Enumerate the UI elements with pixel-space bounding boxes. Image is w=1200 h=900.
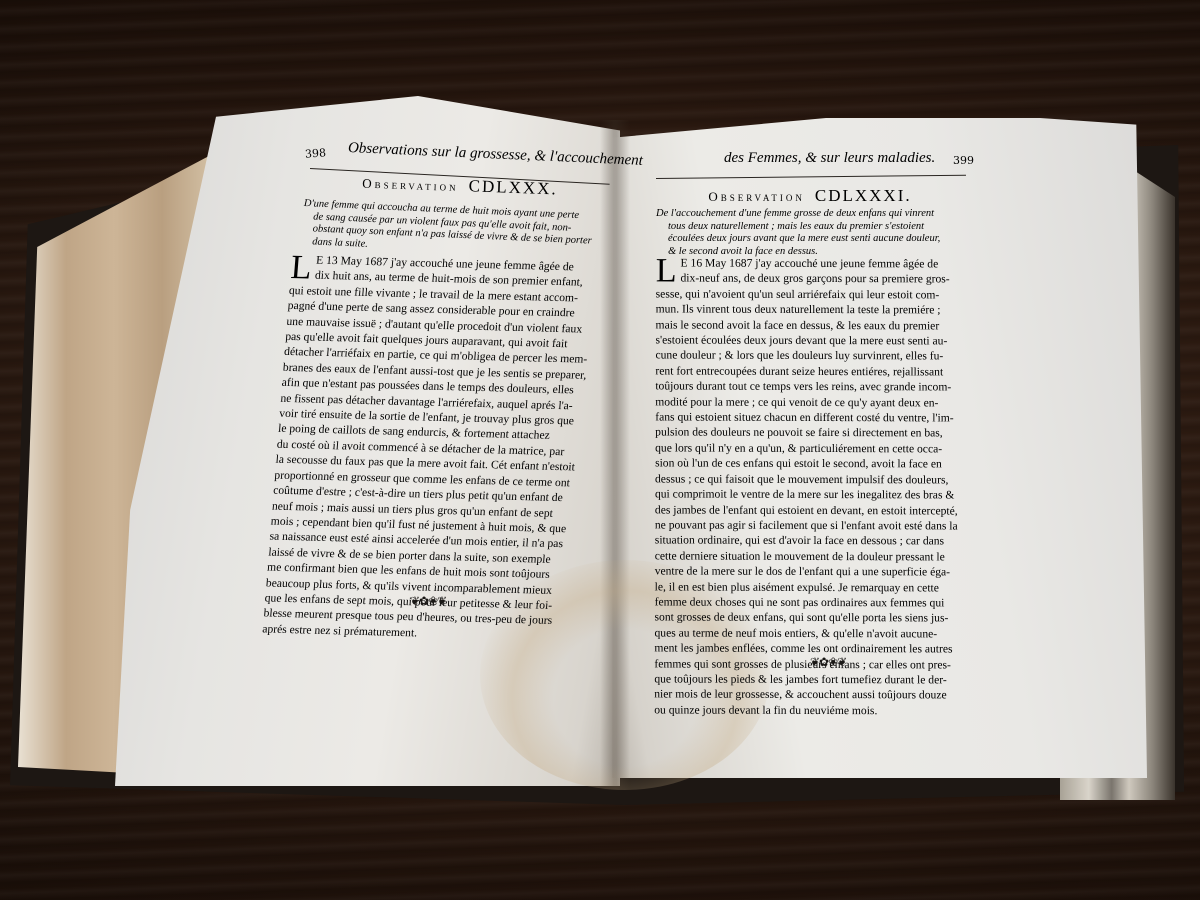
- right-running-head: des Femmes, & sur leurs maladies.: [724, 150, 935, 167]
- right-body-text: L E 16 May 1687 j'ay accouché une jeune …: [654, 255, 986, 718]
- body-line: mais le second avoit la face en dessus, …: [656, 317, 986, 334]
- body-line: ou quinze jours devant la fin du neuviém…: [654, 702, 984, 719]
- left-tailpiece-ornament-icon: ❦✿❀❦: [410, 594, 446, 608]
- open-book: 398 Observations sur la grossesse, & l'a…: [0, 0, 1200, 900]
- body-line: femme deux choses qui ne sont pas ordina…: [655, 594, 985, 611]
- body-line: dix-neuf ans, de deux gros garçons pour …: [656, 271, 986, 288]
- body-line: le, il en est bien plus aisément expulsé…: [655, 579, 985, 596]
- body-line: des jambes de l'enfant qui estoient en d…: [655, 502, 985, 519]
- right-observation-title: ObservationCDLXXXI.: [660, 186, 960, 206]
- drop-cap: L: [290, 254, 313, 282]
- right-tailpiece-ornament-icon: ❦✿❀❦: [810, 655, 846, 669]
- summary-line: tous deux naturellement ; mais les eaux …: [656, 221, 976, 234]
- body-line: pulsion des douleurs ne pouvoit se faire…: [655, 425, 985, 442]
- body-line: rent fort entrecoupées durant seize heur…: [655, 363, 985, 380]
- summary-line: De l'accouchement d'une femme grosse de …: [656, 208, 976, 221]
- left-body-text: L E 13 May 1687 j'ay accouché une jeune …: [262, 252, 622, 645]
- body-line: sont grosses de deux enfans, qui sont qu…: [655, 610, 985, 627]
- body-line: sesse, qui n'avoient qu'un seul arriéref…: [656, 286, 986, 303]
- body-line: mun. Ils vinrent tous deux naturellement…: [656, 302, 986, 319]
- body-line: cette derniere situation le mouvement de…: [655, 548, 985, 565]
- body-line: toûjours durant tout ce temps vers les r…: [655, 379, 985, 396]
- body-line: nier mois de leur grossesse, & accouchen…: [654, 687, 984, 704]
- body-line: dessus ; ce qui faisoit que le mouvement…: [655, 471, 985, 488]
- body-line: ne pouvant pas agir si facilement que si…: [655, 517, 985, 534]
- observation-label: Observation: [708, 189, 805, 204]
- body-line: que lors qu'il n'y en a qu'un, & particu…: [655, 440, 985, 457]
- right-summary: De l'accouchement d'une femme grosse de …: [656, 208, 976, 258]
- left-page-number: 398: [305, 146, 327, 160]
- body-line: sion où l'un de ces enfans qui estoit le…: [655, 456, 985, 473]
- body-line: fans qui estoient situez chacun en diffe…: [655, 409, 985, 426]
- body-line: ventre de la mere sur le dos de l'enfant…: [655, 564, 985, 581]
- observation-numeral: CDLXXXI.: [815, 186, 912, 205]
- body-line: cune douleur ; & lors que les douleurs l…: [655, 348, 985, 365]
- body-line: situation ordinaire, qui est d'avoir la …: [655, 533, 985, 550]
- body-line: que toûjours les pieds & les jambes fort…: [654, 671, 984, 688]
- observation-label: Observation: [362, 176, 459, 194]
- right-page-number: 399: [953, 154, 974, 167]
- observation-numeral: CDLXXX.: [468, 176, 558, 198]
- body-line: qui comprimoit le ventre de la mere sur …: [655, 487, 985, 504]
- body-line: s'estoient écoulées deux jours devant qu…: [655, 332, 985, 349]
- body-line: E 16 May 1687 j'ay accouché une jeune fe…: [656, 255, 986, 272]
- body-line: ques au terme de neuf mois entiers, & qu…: [654, 625, 984, 642]
- summary-line: écoulées deux jours avant que la mere eu…: [656, 233, 976, 246]
- body-line: modité pour la mere ; ce qui venoit de c…: [655, 394, 985, 411]
- drop-cap: L: [656, 257, 677, 285]
